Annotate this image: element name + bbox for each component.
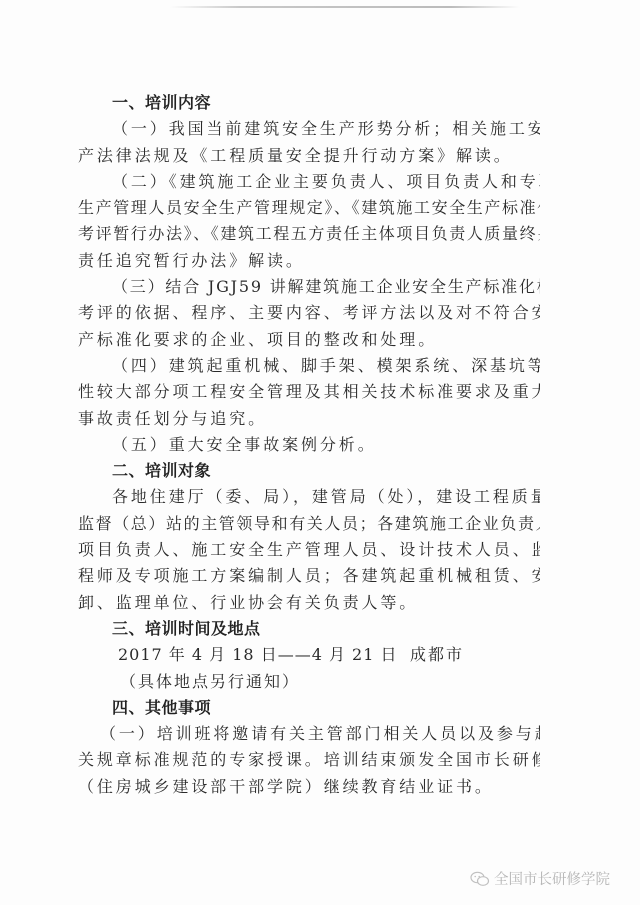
paragraph-line: 卸、监理单位、行业协会有关负责人等。: [78, 590, 540, 616]
paragraph-line: 项目负责人、施工安全生产管理人员、设计技术人员、监理工: [78, 537, 540, 563]
paragraph-line: （一）培训班将邀请有关主管部门相关人员以及参与起草有: [78, 721, 540, 747]
paragraph-line: 性较大部分项工程安全管理及其相关技术标准要求及重大安全: [78, 379, 540, 405]
paragraph-line: 各地住建厅（委、局），建管局（处），建设工程质量安全: [78, 484, 540, 510]
paragraph-line: 考评暂行办法》、《建筑工程五方责任主体项目负责人质量终身: [78, 221, 540, 247]
paragraph-line: 生产管理人员安全生产管理规定》、《建筑施工安全生产标准化: [78, 195, 540, 221]
training-city: 成都市: [410, 642, 464, 668]
paragraph-line: （四）建筑起重机械、脚手架、模架系统、深基坑等危险: [78, 353, 540, 379]
location-note: （具体地点另行通知）: [78, 669, 540, 695]
date-location-line: 2017 年 4 月 18 日——4 月 21 日 成都市: [78, 642, 540, 668]
paragraph-line: （二）《建筑施工企业主要负责人、项目负责人和专职安全: [78, 169, 540, 195]
paragraph-line: 监督（总）站的主管领导和有关人员；各建筑施工企业负责人、: [78, 511, 540, 537]
paragraph-line: （住房城乡建设部干部学院）继续教育结业证书。: [78, 774, 540, 800]
paragraph-line: （一）我国当前建筑安全生产形势分析；相关施工安全生: [78, 116, 540, 142]
watermark-text: 全国市长研修学院: [494, 868, 610, 889]
document-page: 一、培训内容 （一）我国当前建筑安全生产形势分析；相关施工安全生 产法律法规及《…: [78, 90, 540, 800]
wechat-icon: [470, 871, 490, 887]
paragraph-line: 产标准化要求的企业、项目的整改和处理。: [78, 327, 540, 353]
paragraph-line: （五）重大安全事故案例分析。: [78, 432, 540, 458]
paragraph-line: 责任追究暂行办法》解读。: [78, 248, 540, 274]
section-heading-audience: 二、培训对象: [78, 458, 540, 484]
section-heading-content: 一、培训内容: [78, 90, 540, 116]
section-heading-time-place: 三、培训时间及地点: [78, 616, 540, 642]
paragraph-line: 产法律法规及《工程质量安全提升行动方案》解读。: [78, 143, 540, 169]
paragraph-line: （三）结合 JGJ59 讲解建筑施工企业安全生产标准化检查、: [78, 274, 540, 300]
scan-edge-line: [170, 6, 520, 8]
training-dates: 2017 年 4 月 18 日——4 月 21 日: [118, 645, 398, 664]
paragraph-line: 事故责任划分与追究。: [78, 406, 540, 432]
watermark: 全国市长研修学院: [470, 868, 610, 889]
paragraph-line: 程师及专项施工方案编制人员；各建筑起重机械租赁、安装拆: [78, 563, 540, 589]
paragraph-line: 考评的依据、程序、主要内容、考评方法以及对不符合安全生: [78, 300, 540, 326]
paragraph-line: 关规章标准规范的专家授课。培训结束颁发全国市长研修学院: [78, 747, 540, 773]
section-heading-other: 四、其他事项: [78, 695, 540, 721]
